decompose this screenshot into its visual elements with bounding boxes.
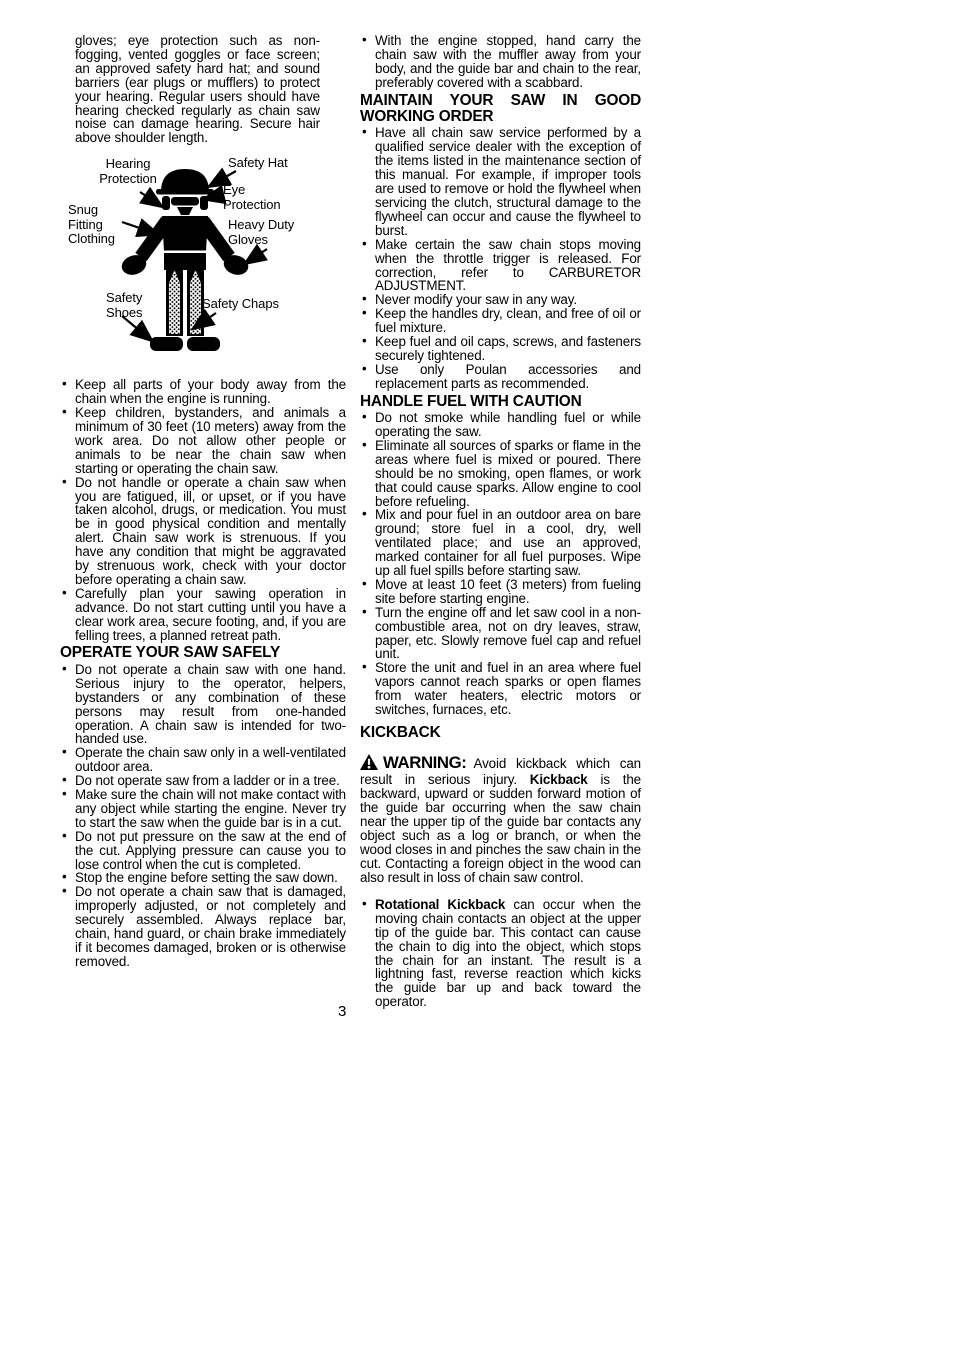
operate-bullet-list: Do not operate a chain saw with one hand… bbox=[60, 663, 346, 969]
warning-text-continued: is the backward, upward or sudden forwar… bbox=[360, 772, 641, 884]
warning-bold-term: Kickback bbox=[530, 772, 588, 787]
left-column: gloves; eye protection such as non-foggi… bbox=[60, 34, 346, 969]
right-column: With the engine stopped, hand carry the … bbox=[360, 34, 641, 1009]
snug-fitting-clothing-label: Snug Fitting Clothing bbox=[68, 203, 130, 247]
fuel-bullet-list: Do not smoke while handling fuel or whil… bbox=[360, 411, 641, 717]
list-item: Do not smoke while handling fuel or whil… bbox=[360, 411, 641, 439]
list-item: Mix and pour fuel in an outdoor area on … bbox=[360, 508, 641, 578]
list-item: Make sure the chain will not make contac… bbox=[60, 788, 346, 830]
intro-paragraph: gloves; eye protection such as non-foggi… bbox=[75, 34, 320, 145]
list-item: Use only Poulan accessories and replacem… bbox=[360, 363, 641, 391]
warning-label: WARNING: bbox=[383, 753, 467, 772]
safety-equipment-figure: Hearing Protection Safety Hat Eye Protec… bbox=[60, 156, 346, 370]
list-item: Keep fuel and oil caps, screws, and fast… bbox=[360, 335, 641, 363]
safety-bullet-list: Keep all parts of your body away from th… bbox=[60, 378, 346, 642]
list-item: Store the unit and fuel in an area where… bbox=[360, 661, 641, 717]
page-number: 3 bbox=[338, 1003, 346, 1020]
list-item: Keep the handles dry, clean, and free of… bbox=[360, 307, 641, 335]
heavy-duty-gloves-label: Heavy Duty Gloves bbox=[228, 218, 310, 247]
list-item: Operate the chain saw only in a well-ven… bbox=[60, 746, 346, 774]
list-item: Eliminate all sources of sparks or flame… bbox=[360, 439, 641, 509]
list-item: Turn the engine off and let saw cool in … bbox=[360, 606, 641, 662]
safety-hat-label: Safety Hat bbox=[228, 156, 318, 171]
list-item: Make certain the saw chain stops moving … bbox=[360, 238, 641, 294]
carry-bullet-list: With the engine stopped, hand carry the … bbox=[360, 34, 641, 90]
list-item: Stop the engine before setting the saw d… bbox=[60, 871, 346, 885]
list-item: Do not operate a chain saw with one hand… bbox=[60, 663, 346, 746]
list-item: Do not put pressure on the saw at the en… bbox=[60, 830, 346, 872]
list-item: Move at least 10 feet (3 meters) from fu… bbox=[360, 578, 641, 606]
section-heading-maintain: MAINTAIN YOUR SAW IN GOOD WORKING ORDER bbox=[360, 93, 641, 126]
list-item: Have all chain saw service performed by … bbox=[360, 126, 641, 237]
list-item: Never modify your saw in any way. bbox=[360, 293, 641, 307]
list-item: With the engine stopped, hand carry the … bbox=[360, 34, 641, 90]
safety-shoes-label: Safety Shoes bbox=[106, 291, 154, 320]
warning-paragraph: WARNING:Avoid kickback which can result … bbox=[360, 754, 641, 884]
manual-page: gloves; eye protection such as non-foggi… bbox=[0, 0, 954, 1348]
rotational-kickback-term: Rotational Kickback bbox=[375, 897, 505, 912]
section-heading-kickback: KICKBACK bbox=[360, 725, 641, 741]
list-item: Keep children, bystanders, and animals a… bbox=[60, 406, 346, 476]
rotational-kickback-list: Rotational Kickback can occur when the m… bbox=[360, 898, 641, 1009]
section-heading-fuel: HANDLE FUEL WITH CAUTION bbox=[360, 394, 641, 410]
section-heading-operate: OPERATE YOUR SAW SAFELY bbox=[60, 645, 346, 661]
list-item: Do not operate saw from a ladder or in a… bbox=[60, 774, 346, 788]
list-item: Keep all parts of your body away from th… bbox=[60, 378, 346, 406]
list-item: Rotational Kickback can occur when the m… bbox=[360, 898, 641, 1009]
eye-protection-label: Eye Protection bbox=[223, 183, 293, 212]
rotational-kickback-text: can occur when the moving chain contacts… bbox=[375, 897, 641, 1009]
list-item: Carefully plan your sawing operation in … bbox=[60, 587, 346, 643]
warning-triangle-icon bbox=[360, 754, 378, 773]
hearing-protection-label: Hearing Protection bbox=[82, 157, 174, 186]
list-item: Do not handle or operate a chain saw whe… bbox=[60, 476, 346, 587]
safety-chaps-label: Safety Chaps bbox=[202, 297, 302, 312]
list-item: Do not operate a chain saw that is damag… bbox=[60, 885, 346, 968]
maintain-bullet-list: Have all chain saw service performed by … bbox=[360, 126, 641, 390]
person-silhouette-image bbox=[60, 156, 346, 370]
